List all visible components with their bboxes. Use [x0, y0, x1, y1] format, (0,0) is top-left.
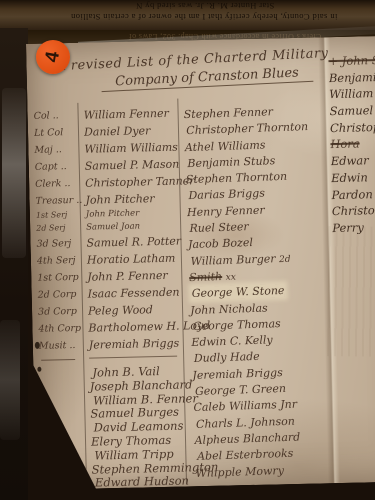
roster-column-edge-cutoff: + John SmBenjamiWilliamSamuelChristophHo…	[328, 52, 375, 237]
rank-label: Capt ..	[35, 158, 81, 176]
roster-name: Benjami	[329, 68, 375, 86]
roster-name: William Fenner	[83, 105, 179, 124]
rank-label: 3d Corp	[38, 303, 84, 321]
roster-column-privates-right: Stephen Fenner Christopher Thornton Athe…	[184, 103, 336, 482]
roster-name: Samuel R. Potter	[86, 233, 182, 252]
roster-name: Perry	[332, 218, 375, 236]
rank-label: Lt Col	[34, 124, 80, 142]
roster-name: John Pitcher	[85, 190, 181, 209]
manuscript-paper: A revised List of the Charterd Military …	[26, 36, 375, 490]
rank-label: 2d Serj	[36, 222, 82, 236]
printed-text-line: Star Hunter M. R. Jr. was sired by N	[40, 1, 370, 11]
roster-name: Horatio Latham	[87, 249, 183, 268]
plastic-sleeve-glint	[2, 88, 26, 258]
plastic-sleeve-glint	[0, 320, 20, 440]
rank-label: Maj ..	[34, 141, 80, 159]
roster-name: Edwar	[331, 152, 375, 170]
roster-name: Samuel P. Mason	[85, 156, 181, 175]
rank-label: 1st Serj	[36, 209, 82, 223]
roster-column-officers: William FennerDaniel DyerWilliam William…	[83, 105, 185, 359]
roster-name: William	[329, 85, 375, 103]
roster-name: Pardon	[331, 185, 375, 203]
roster-name: + John Sm	[328, 52, 375, 70]
page-number-sticker: 4	[36, 40, 70, 74]
rank-label: Musit ..	[39, 337, 85, 355]
ink-blot	[37, 367, 41, 372]
roster-name: Isaac Fessenden	[87, 283, 183, 302]
photo-of-document: Star Hunter M. R. Jr. was sired by N in …	[0, 0, 375, 500]
roster-name: William Williams	[84, 139, 180, 158]
ink-showthrough-smudge	[327, 226, 375, 357]
page-number: 4	[41, 50, 65, 64]
roster-name: Bartholomew H. Loyd	[88, 317, 184, 336]
roster-name: Edwin	[331, 168, 375, 186]
rank-label: 4th Serj	[37, 252, 83, 270]
roster-name: Christoph	[330, 118, 375, 136]
rank-label: Col ..	[33, 107, 79, 125]
rank-label: 3d Serj	[36, 235, 82, 253]
rank-label: Clerk ..	[35, 175, 81, 193]
roster-name: Samuel	[329, 102, 375, 120]
roster-name: Daniel Dyer	[84, 122, 180, 141]
rank-label: Treasur ..	[35, 192, 81, 210]
roster-name: Christopher Tanner	[85, 173, 181, 192]
rank-label: 1st Corp	[37, 269, 83, 287]
printed-certificate-fragment: Star Hunter M. R. Jr. was sired by N in …	[0, 0, 375, 30]
roster-name: Peleg Wood	[88, 300, 184, 319]
roster-name: Jeremiah Briggs	[89, 334, 185, 353]
roster-name: Hora	[330, 135, 375, 153]
rank-label: 2d Corp	[38, 286, 84, 304]
document-title: A revised List of the Charterd Military …	[56, 45, 357, 93]
roster-name: John P. Fenner	[87, 266, 183, 285]
printed-text-line: in said County, hereby certify that I am…	[34, 12, 374, 22]
roster-name: Christoph	[332, 202, 375, 220]
rank-column: Col ..Lt ColMaj ..Capt ..Clerk ..Treasur…	[33, 107, 85, 361]
rank-label: 4th Corp	[38, 320, 84, 338]
